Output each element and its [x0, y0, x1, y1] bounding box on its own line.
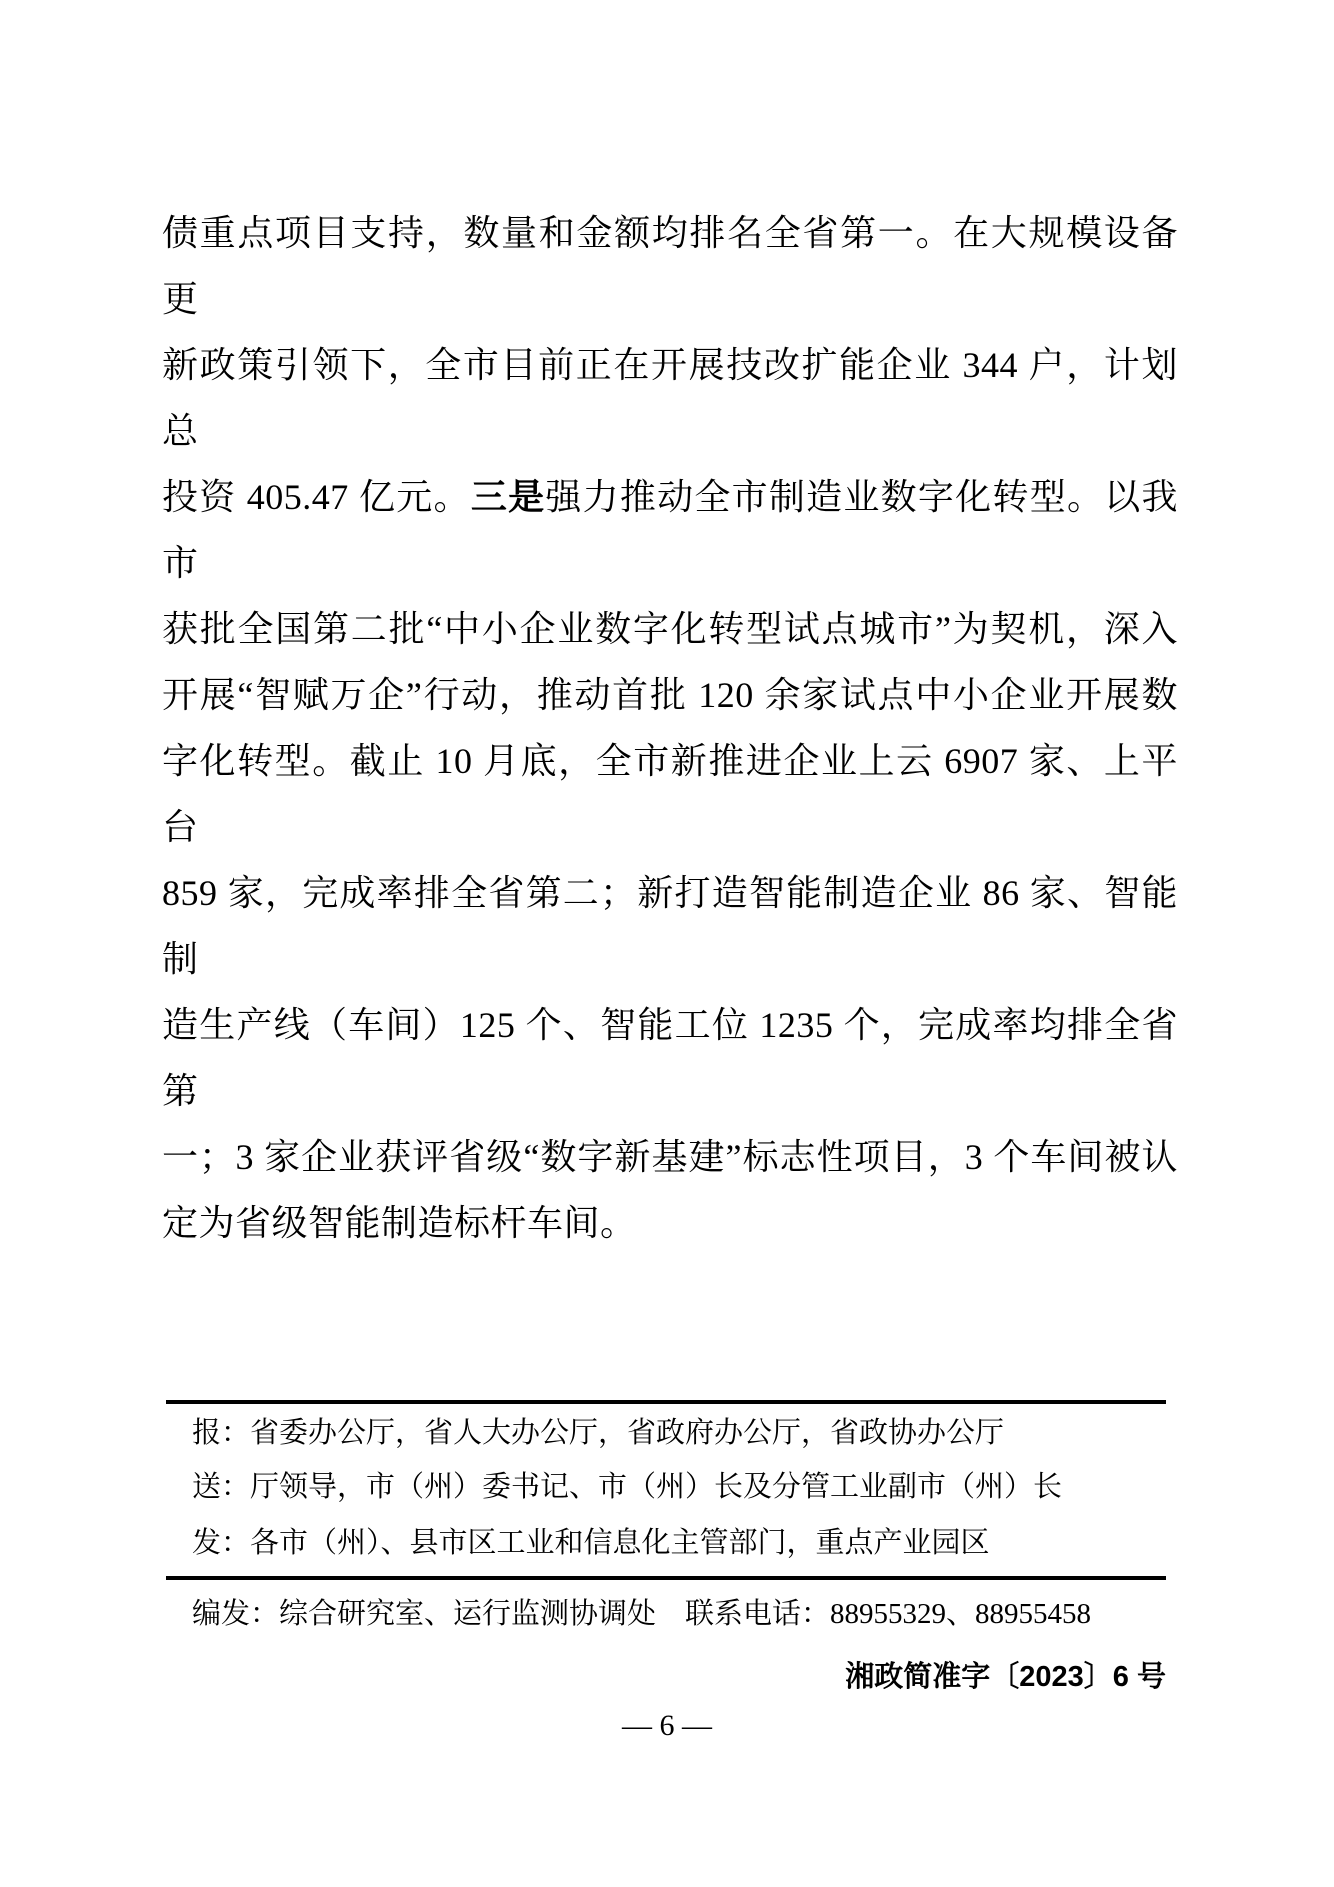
- footer-report-line: 报：省委办公厅，省人大办公厅，省政府办公厅，省政协办公厅: [192, 1413, 1182, 1453]
- body-line-1: 债重点项目支持，数量和金额均排名全省第一。在大规模设备更: [162, 200, 1178, 332]
- bold-emphasis-sanshi: 三是: [471, 476, 546, 517]
- body-line-8: 造生产线（车间）125 个、智能工位 1235 个，完成率均排全省第: [162, 992, 1178, 1124]
- body-line-3: 投资 405.47 亿元。三是强力推动全市制造业数字化转型。以我市: [162, 464, 1178, 596]
- document-page: 债重点项目支持，数量和金额均排名全省第一。在大规模设备更 新政策引领下，全市目前…: [0, 0, 1334, 1887]
- doc-number: 湘政简准字〔2023〕6 号: [845, 1658, 1166, 1696]
- body-line-10: 定为省级智能制造标杆车间。: [162, 1190, 1178, 1256]
- page-number: — 6 —: [0, 1708, 1334, 1744]
- footer-rule-bottom: [166, 1576, 1166, 1580]
- body-paragraph: 债重点项目支持，数量和金额均排名全省第一。在大规模设备更 新政策引领下，全市目前…: [162, 200, 1178, 1256]
- footer-editor-line: 编发：综合研究室、运行监测协调处 联系电话：88955329、88955458: [192, 1594, 1182, 1634]
- body-line-4: 获批全国第二批“中小企业数字化转型试点城市”为契机，深入: [162, 596, 1178, 662]
- footer-issue-line: 发：各市（州）、县市区工业和信息化主管部门，重点产业园区: [192, 1523, 1182, 1563]
- body-line-6: 字化转型。截止 10 月底，全市新推进企业上云 6907 家、上平台: [162, 728, 1178, 860]
- body-line-5: 开展“智赋万企”行动，推动首批 120 余家试点中小企业开展数: [162, 662, 1178, 728]
- footer-rule-top: [166, 1400, 1166, 1404]
- body-line-2: 新政策引领下，全市目前正在开展技改扩能企业 344 户，计划总: [162, 332, 1178, 464]
- body-line-3-pre: 投资 405.47 亿元。: [162, 477, 471, 517]
- body-line-7: 859 家，完成率排全省第二；新打造智能制造企业 86 家、智能制: [162, 860, 1178, 992]
- footer-send-line: 送：厅领导，市（州）委书记、市（州）长及分管工业副市（州）长: [192, 1467, 1182, 1507]
- body-line-9: 一；3 家企业获评省级“数字新基建”标志性项目，3 个车间被认: [162, 1124, 1178, 1190]
